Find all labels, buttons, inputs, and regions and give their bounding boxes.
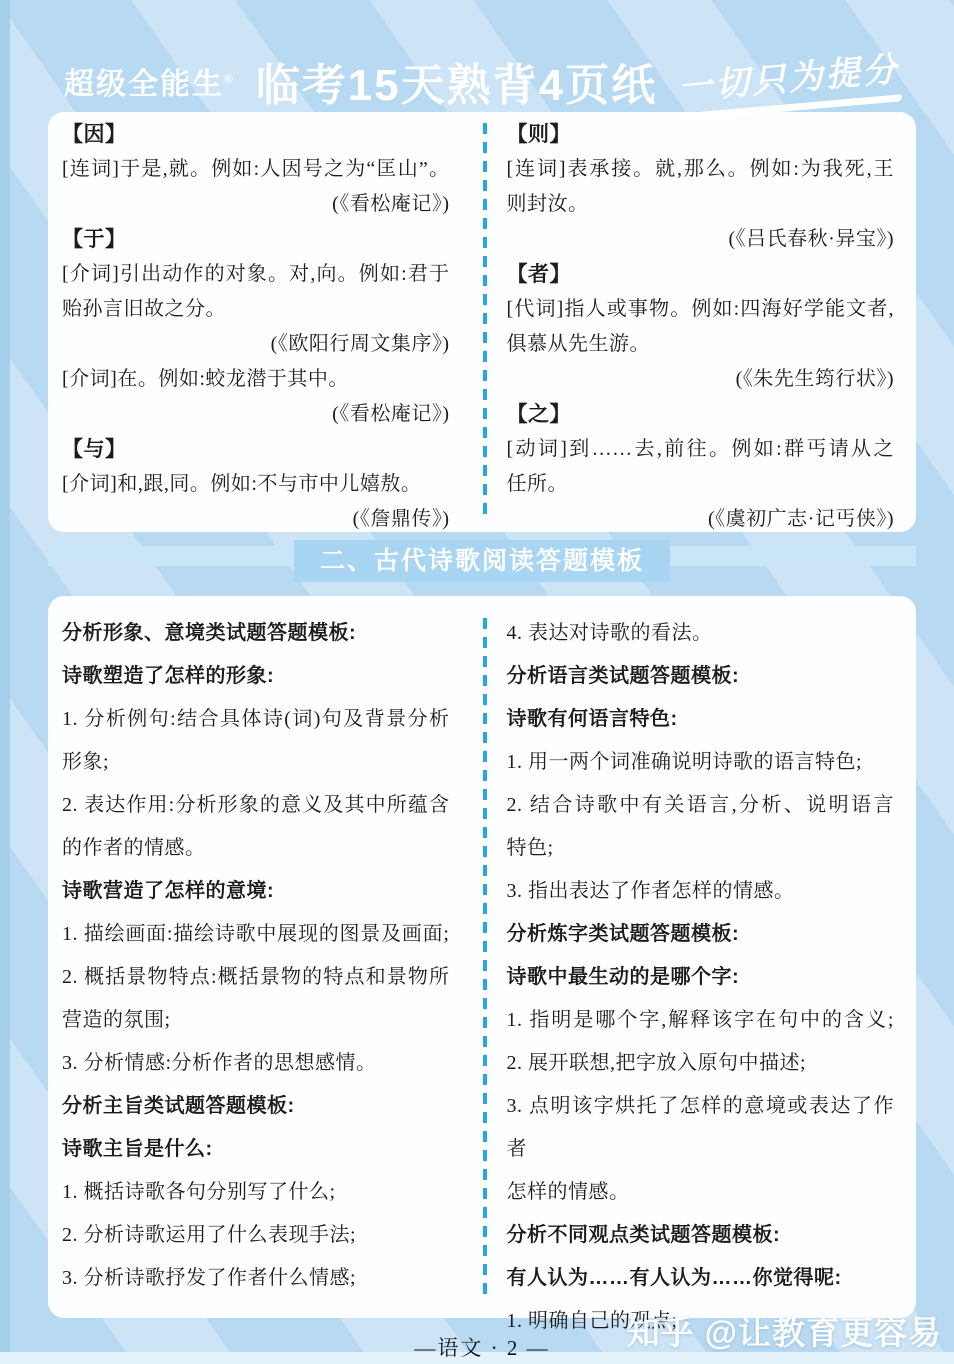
entry-line: 【与】 (62, 432, 450, 467)
entry-line: 【者】 (507, 257, 895, 292)
template-line: 2. 分析诗歌运用了什么表现手法; (62, 1214, 450, 1257)
template-line: 2. 结合诗歌中有关语言,分析、说明语言 (507, 784, 895, 827)
words-right-column: 【则】[连词]表承接。就,那么。例如:为我死,王则封汝。(《吕氏春秋·异宝》)【… (487, 117, 917, 527)
template-line: 3. 指出表达了作者怎样的情感。 (507, 870, 895, 913)
template-line: 4. 表达对诗歌的看法。 (507, 612, 895, 655)
page-header: 超级全能生® 临考15天熟背4页纸 一切只为提分 (48, 0, 916, 110)
brand-logo: 超级全能生® (64, 59, 235, 103)
entry-line: 则封汝。 (507, 187, 895, 222)
registered-mark: ® (224, 72, 235, 86)
entry-line: (《虞初广志·记丐侠》) (507, 502, 895, 537)
template-line: 分析炼字类试题答题模板: (507, 913, 895, 956)
watermark: 知乎 @让教育更容易 (627, 1307, 942, 1354)
entry-line: (《欧阳行周文集序》) (62, 327, 450, 362)
template-line: 1. 用一两个词准确说明诗歌的语言特色; (507, 741, 895, 784)
template-line: 分析形象、意境类试题答题模板: (62, 612, 450, 655)
entry-line: [介词]和,跟,同。例如:不与市中儿嬉敖。 (62, 467, 450, 502)
page-title: 临考15天熟背4页纸 (256, 49, 657, 113)
template-line: 分析语言类试题答题模板: (507, 655, 895, 698)
entry-line: 【则】 (507, 117, 895, 152)
entry-line: [介词]在。例如:蛟龙潜于其中。 (62, 362, 450, 397)
entry-line: (《吕氏春秋·异宝》) (507, 222, 895, 257)
brand-logo-text: 超级全能生 (64, 68, 224, 101)
entry-line: [介词]引出动作的对象。对,向。例如:君于 (62, 257, 450, 292)
page-content: 超级全能生® 临考15天熟背4页纸 一切只为提分 【因】[连词]于是,就。例如:… (48, 0, 916, 1362)
template-line: 1. 指明是哪个字,解释该字在句中的含义; (507, 999, 895, 1042)
entry-line: 【于】 (62, 222, 450, 257)
entry-line: 【之】 (507, 397, 895, 432)
template-line: 特色; (507, 827, 895, 870)
entry-line: 任所。 (507, 467, 895, 502)
template-line: 3. 点明该字烘托了怎样的意境或表达了作者 (507, 1085, 895, 1171)
templates-right-column: 4. 表达对诗歌的看法。分析语言类试题答题模板:诗歌有何语言特色:1. 用一两个… (487, 612, 917, 1302)
template-line: 形象; (62, 741, 450, 784)
entry-line: (《朱先生筠行状》) (507, 362, 895, 397)
section-banner-title: 二、古代诗歌阅读答题模板 (294, 540, 670, 582)
entry-line: [代词]指人或事物。例如:四海好学能文者, (507, 292, 895, 327)
function-words-card: 【因】[连词]于是,就。例如:人因号之为“匡山”。(《看松庵记》)【于】[介词]… (48, 112, 916, 532)
template-line: 诗歌主旨是什么: (62, 1128, 450, 1171)
entry-line: [连词]于是,就。例如:人因号之为“匡山”。 (62, 152, 450, 187)
template-line: 1. 分析例句:结合具体诗(词)句及背景分析 (62, 698, 450, 741)
entry-line: [动词]到……去,前往。例如:群丐请从之 (507, 432, 895, 467)
entry-line: (《詹鼎传》) (62, 502, 450, 537)
entry-line: (《看松庵记》) (62, 187, 450, 222)
template-line: 诗歌中最生动的是哪个字: (507, 956, 895, 999)
brand-slogan: 一切只为提分 (676, 41, 902, 120)
template-line: 3. 分析情感:分析作者的思想感情。 (62, 1042, 450, 1085)
template-line: 分析不同观点类试题答题模板: (507, 1214, 895, 1257)
study-sheet-page: 超级全能生® 临考15天熟背4页纸 一切只为提分 【因】[连词]于是,就。例如:… (0, 0, 954, 1364)
answer-templates-card: 分析形象、意境类试题答题模板:诗歌塑造了怎样的形象:1. 分析例句:结合具体诗(… (48, 596, 916, 1318)
template-line: 诗歌塑造了怎样的形象: (62, 655, 450, 698)
words-left-column: 【因】[连词]于是,就。例如:人因号之为“匡山”。(《看松庵记》)【于】[介词]… (48, 117, 483, 527)
template-line: 的作者的情感。 (62, 827, 450, 870)
template-line: 诗歌营造了怎样的意境: (62, 870, 450, 913)
entry-line: 贻孙言旧故之分。 (62, 292, 450, 327)
template-line: 诗歌有何语言特色: (507, 698, 895, 741)
template-line: 怎样的情感。 (507, 1171, 895, 1214)
templates-left-column: 分析形象、意境类试题答题模板:诗歌塑造了怎样的形象:1. 分析例句:结合具体诗(… (48, 612, 483, 1302)
template-line: 2. 概括景物特点:概括景物的特点和景物所 (62, 956, 450, 999)
template-line: 2. 展开联想,把字放入原句中描述; (507, 1042, 895, 1085)
template-line: 有人认为……有人认为……你觉得呢: (507, 1257, 895, 1300)
left-edge-band (0, 0, 10, 1364)
section-banner: 二、古代诗歌阅读答题模板 (48, 540, 916, 588)
template-line: 1. 描绘画面:描绘诗歌中展现的图景及画面; (62, 913, 450, 956)
entry-line: 【因】 (62, 117, 450, 152)
template-line: 3. 分析诗歌抒发了作者什么情感; (62, 1257, 450, 1300)
entry-line: (《看松庵记》) (62, 397, 450, 432)
template-line: 营造的氛围; (62, 999, 450, 1042)
template-line: 2. 表达作用:分析形象的意义及其中所蕴含 (62, 784, 450, 827)
template-line: 分析主旨类试题答题模板: (62, 1085, 450, 1128)
entry-line: 俱慕从先生游。 (507, 327, 895, 362)
entry-line: [连词]表承接。就,那么。例如:为我死,王 (507, 152, 895, 187)
template-line: 1. 概括诗歌各句分别写了什么; (62, 1171, 450, 1214)
